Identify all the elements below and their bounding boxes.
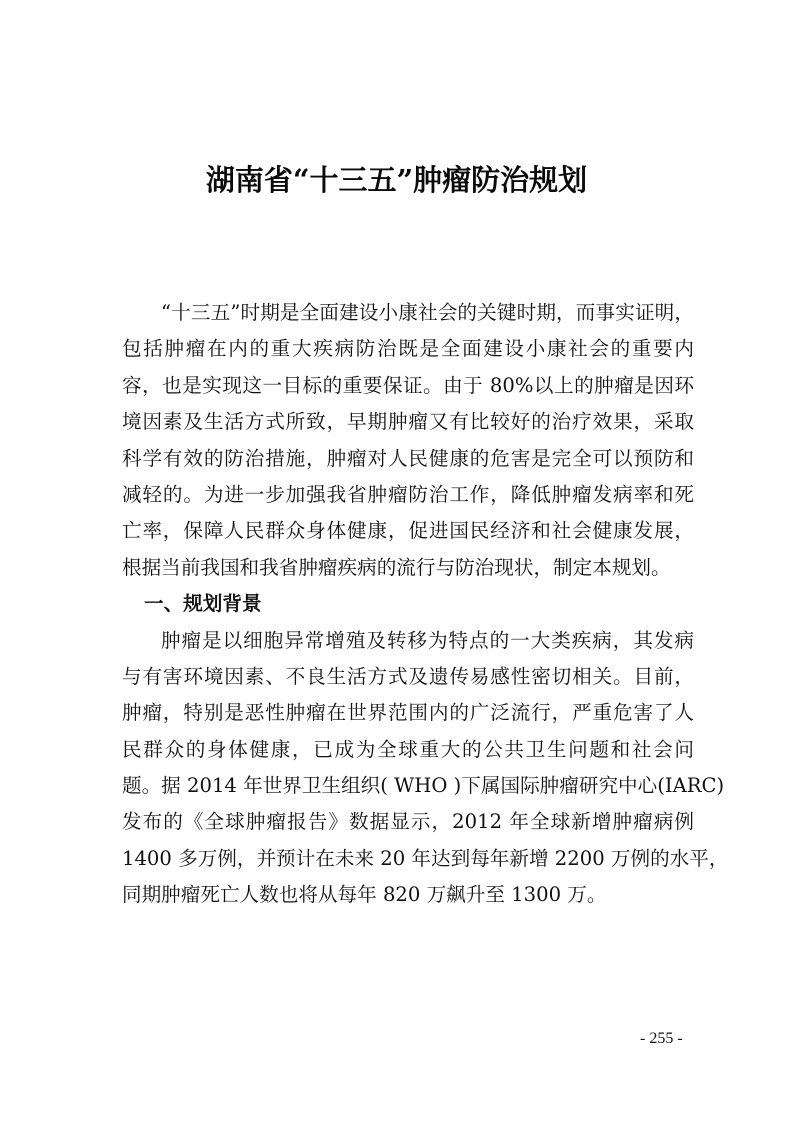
paragraph-2-line-5: 题。据 2014 年世界卫生组织( WHO )下属国际肿瘤研究中心(IARC) (122, 768, 694, 804)
paragraph-1-line-1: “十三五”时期是全面建设小康社会的关键时期，而事实证明， (122, 295, 694, 331)
document-page: 湖南省“十三五”肿瘤防治规划 “十三五”时期是全面建设小康社会的关键时期，而事实… (0, 0, 793, 1122)
paragraph-2-line-1: 肿瘤是以细胞异常增殖及转移为特点的一大类疾病，其发病 (122, 623, 694, 659)
paragraph-2-line-7: 1400 多万例，并预计在未来 20 年达到每年新增 2200 万例的水平， (122, 841, 694, 877)
paragraph-2-line-3: 肿瘤，特别是恶性肿瘤在世界范围内的广泛流行，严重危害了人 (122, 695, 694, 731)
page-number: - 255 - (640, 1030, 683, 1048)
paragraph-1-line-3: 容，也是实现这一目标的重要保证。由于 80%以上的肿瘤是因环 (122, 368, 694, 404)
paragraph-1-line-7: 亡率，保障人民群众身体健康，促进国民经济和社会健康发展， (122, 513, 694, 549)
paragraph-2-line-6: 发布的《全球肿瘤报告》数据显示，2012 年全球新增肿瘤病例 (122, 804, 694, 840)
document-body: “十三五”时期是全面建设小康社会的关键时期，而事实证明， 包括肿瘤在内的重大疾病… (122, 295, 694, 914)
paragraph-1-line-8: 根据当前我国和我省肿瘤疾病的流行与防治现状，制定本规划。 (122, 550, 694, 586)
paragraph-1-line-6: 减轻的。为进一步加强我省肿瘤防治工作，降低肿瘤发病率和死 (122, 477, 694, 513)
document-title: 湖南省“十三五”肿瘤防治规划 (0, 158, 793, 199)
paragraph-1-line-5: 科学有效的防治措施，肿瘤对人民健康的危害是完全可以预防和 (122, 441, 694, 477)
paragraph-1-line-2: 包括肿瘤在内的重大疾病防治既是全面建设小康社会的重要内 (122, 331, 694, 367)
paragraph-2-line-2: 与有害环境因素、不良生活方式及遗传易感性密切相关。目前， (122, 659, 694, 695)
section-heading: 一、规划背景 (122, 586, 694, 622)
paragraph-1-line-4: 境因素及生活方式所致，早期肿瘤又有比较好的治疗效果，采取 (122, 404, 694, 440)
paragraph-2-line-8: 同期肿瘤死亡人数也将从每年 820 万飙升至 1300 万。 (122, 877, 694, 913)
paragraph-2-line-4: 民群众的身体健康，已成为全球重大的公共卫生问题和社会问 (122, 732, 694, 768)
